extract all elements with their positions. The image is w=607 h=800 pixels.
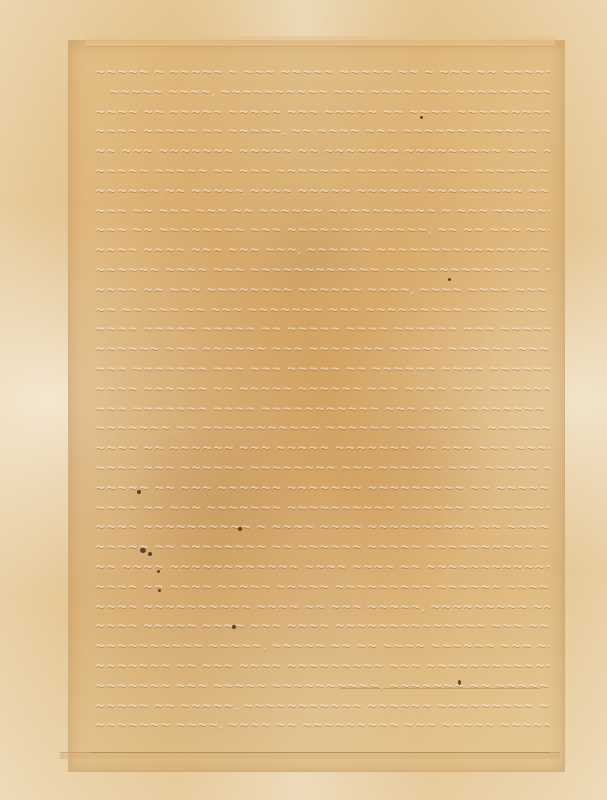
text-line: ~~~~~ ~~ ~~~~~. ~~~~~~~~~~~ ~~~~~~ ~~~~~…: [95, 696, 550, 716]
text-line: ~~~ ~~ ~~~ ~~~ ~~ ~~~~~~ ~~~~~~~~~~ ~ ~~…: [95, 201, 550, 221]
text-line: ~~~~ ~~ ~~~~~ ~~~~~ ~~~ ~~~~~ ~~ ~~~~ ~~…: [95, 102, 550, 122]
ink-spot: [448, 278, 451, 281]
ink-spot: [458, 680, 461, 685]
text-line: ~~ ~~ ~~~ ~~ ~~~ ~~~~~~~ ~~~ ~~~~~~~~~ ~…: [95, 300, 550, 320]
manuscript-page: ~~~~~ ~ ~~~~~ ~ ~~~ ~~~~~ ~~~~~ ~~ ~ ~~~…: [0, 0, 607, 800]
text-line: ~~~~ ~~ ~~~ ~~~~~~~ ~~~~~~~~~~ ~~~~~~ ~~…: [95, 498, 550, 518]
text-line: ~~~~ ~~~~~ ~~~~~ ~~ ~~~~~ ~~~~ ~~~~~~ ~~…: [95, 319, 550, 339]
text-line: ~~~~ ~~ ~~~~ ~~~~~ ~~~~~ ~~~~~~~~~ ~~~~~…: [95, 577, 550, 597]
text-line: ~~~~ ~~~~~~~~~~ ~ ~~~~ ~~~~ ~~~~~~~~~~ ~…: [95, 517, 550, 537]
text-line: ~~~~ ~~~~~~ ~~ ~~~~~ ~~~~~~ ~~~ ~~~~ ~~~…: [95, 379, 550, 399]
text-line: ~~~~ ~~~~~~~~~~ ~~~~ ~~ ~~~ ~~~~~, ~~~~~…: [95, 597, 550, 617]
text-line: ~~~~ ~~~~~ ~~ ~~~~~. ~~ ~~~~ ~~~ ~~~~~~ …: [95, 121, 550, 141]
text-line: ~~~~~ ~~~~~ ~~ ~~~ ~~~~~~~ ~~~~ ~~~~~~ ~…: [95, 161, 550, 181]
text-line: ~~~~~ ~~~~, ~~~~~~~~~~ ~~~ ~~~~ ~~~ ~~~~…: [95, 82, 550, 102]
paper-crease: [90, 752, 550, 753]
text-line: ~~~~~ ~ ~~~~~ ~ ~~~ ~~~~~ ~~~~~ ~~ ~ ~~~…: [95, 62, 550, 82]
text-line: ~~~~~ ~~ ~~~~~~~~ ~~ ~~~~~~ ~~~~~ ~~~~~~…: [95, 537, 550, 557]
ink-spot: [238, 527, 242, 531]
text-line: ~~~ ~~ ~~~~~~~~ ~~~ ~~~~~~~~~~~~~, ~~ ~~…: [95, 220, 550, 240]
paper-fold-bottom: [60, 752, 560, 759]
text-line: ~~~~~~ ~~ ~~~~~ ~~~~ ~~~~~ ~~~~~~ ~~~~~~…: [95, 181, 550, 201]
ink-spot: [420, 116, 423, 119]
text-line: ~~~ ~~~~~~~ ~~~ ~~~ ~~~~~ ~~ ~~~~~~ ~~~~…: [95, 359, 550, 379]
text-line: ~~~~~~~~~~ ~~~~~, ~~~~~ ~~ ~~ ~~~~ ~~~~~…: [95, 636, 550, 656]
text-line: ~~ ~~~~ ~~~~~~~~~~~~ ~~~~ ~~~~ ~~ ~~~~~~…: [95, 557, 550, 577]
paper-fold-top: [85, 36, 555, 47]
handwritten-text: ~~~~~ ~ ~~~~~ ~ ~~~ ~~~~~ ~~~~~ ~~ ~ ~~~…: [95, 62, 550, 735]
text-line: ~~~~~~~ ~~ ~~~ ~~~~ ~~~~~~~~~ ~~~ ~~~~~~…: [95, 656, 550, 676]
text-line: ~~~~ ~~~~~ ~~~~ ~~~ ~~~~ ~~~~~~~~~~~~~~ …: [95, 616, 550, 636]
ink-spot: [148, 552, 152, 556]
text-line: ~~~~~~~ ~~~ ~~~~~ ~~~~~~~~~~. ~~~~~~~ ~~…: [95, 676, 550, 696]
ink-spot: [140, 548, 146, 553]
text-line: ~~~~ ~~~~ ~~~ ~~~ ~~~, ~~~~~~ ~~~~~~~~~~…: [95, 240, 550, 260]
ink-spot: [157, 570, 160, 573]
text-line: ~~~~~ ~~ ~~~ ~~~~~~ ~~~~~~~ ~~~~~~~~~ ~~…: [95, 478, 550, 498]
text-line: ~~~~~~~ ~~ ~~~~~~~~~~~ ~~~~~~ ~~~~~~~~ ~…: [95, 418, 550, 438]
text-line: ~~~~ ~~~ ~~~~~~ ~~~~~~~~ ~~~ ~~~~~~ ~~~ …: [95, 458, 550, 478]
text-line: ~~ ~~~ ~~~~~~~ ~~~~~ ~~ ~~~~~~~ ~~~~~~~~…: [95, 141, 550, 161]
ink-spot: [137, 490, 141, 494]
text-line: ~~~~ ~~ ~~~ ~~~~~~~~ ~~~~~~ ~~~~, ~~~~ ~…: [95, 280, 550, 300]
text-line: ~~~~~~ ~~~~ ~~~ ~~~~~~~~~~~~ ~~~~~~~~~~~…: [95, 260, 550, 280]
text-line: ~~~~~~ ~~~ ~~~~~~ ~~~ ~~~~~~~ ~~~~~ ~~~~…: [95, 339, 550, 359]
text-line: ~~~~ ~~ ~~~~~~ ~~~ ~~~~~ ~~~~~~~ ~~ ~~~ …: [95, 438, 550, 458]
ink-spot: [232, 625, 236, 629]
ink-spot: [158, 589, 161, 592]
text-line: ~~~ ~~~~~~~ ~~~~ ~~~~~~~~~~~ ~~~ ~~~ ~~~…: [95, 399, 550, 419]
text-line: ~~~~~~~ ~~~~. ~~~~ ~~ ~~~~~~~~~ ~~~ ~~~~…: [95, 715, 550, 735]
